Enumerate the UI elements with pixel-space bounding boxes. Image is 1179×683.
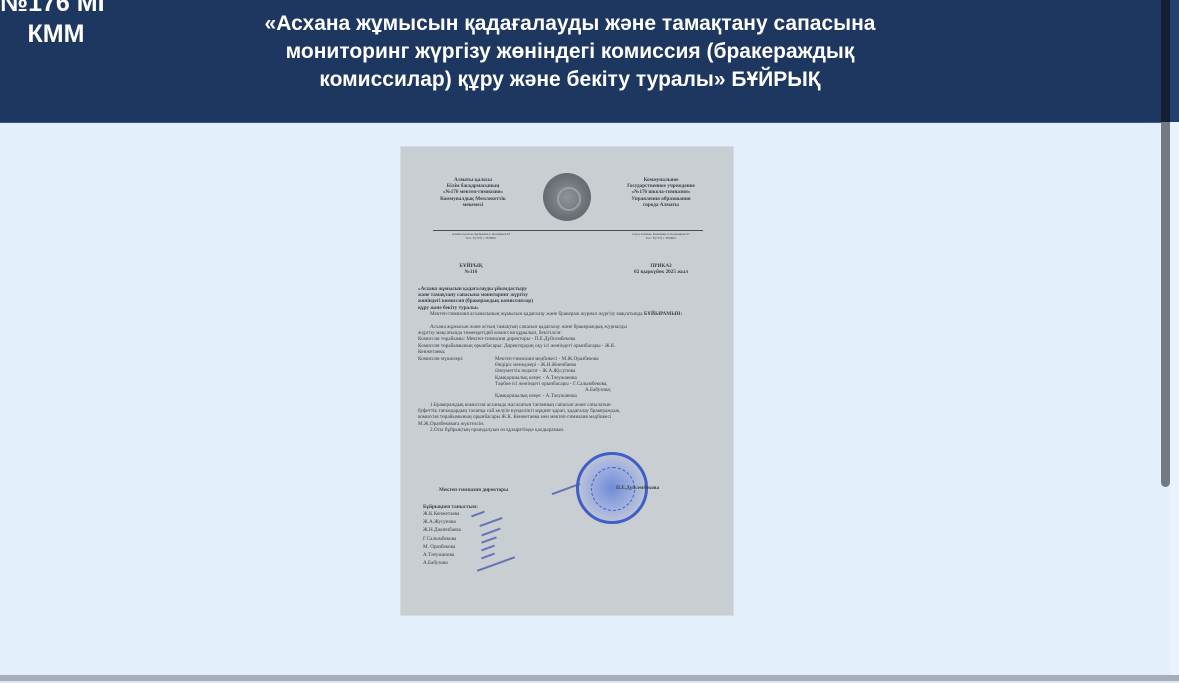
body-line: Кенжетаева; [418,349,728,355]
letterhead-divider [433,230,703,231]
order-number: №116 [441,269,501,275]
order-body: Асхана жұмысын және астың тамақтың сапас… [418,324,728,355]
address-line: Тел.: 8 (727) 1 3818601 [606,236,716,240]
left-org-block: Алматы қаласы Білім басқармасының «№176 … [423,177,523,208]
state-emblem-icon [543,173,591,221]
director-name: П.Е.Дүйсембекова [616,485,706,491]
intro-text: Мектеп-гимназия асханасының жұмысын қада… [430,311,643,317]
member-line: Қамқоршылық кеңес - А.Тлеужанова [495,393,725,399]
title-line-3: комиссилар) құру және бекіту туралы» БҰЙ… [190,66,950,94]
clause-line: 2.Осы бұйрықтың орындалуын өз құзыретімд… [418,427,728,433]
members-list: Мектеп-гимназия медбикесі - М.Ж.Оразбеко… [495,356,725,399]
order-clauses: 1.Бракераждық комиссия асханада жасалаты… [418,402,728,433]
order-heading-kz: БҰЙРЫҚ №116 [441,263,501,275]
subject-line: құру және бекіту туралы» [418,305,608,311]
order-heading-ru: ПРИКАЗ 02 қыркүйек 2025 жыл [606,263,716,275]
document-image: Алматы қаласы Білім басқармасының «№176 … [401,147,733,615]
decree-word: БҰЙЫРАМЫН: [644,311,682,317]
right-org-block: Коммунальное Государственное учреждение … [606,177,716,208]
title-line-2: мониторинг жүргізу жөніндегі комиссия (б… [190,38,950,66]
right-address: город Алматы, Калкаман-2, Калдаякова 67 … [606,232,716,240]
address-line: Тел.: 8 (727) 1 3818601 [431,236,531,240]
order-date: 02 қыркүйек 2025 жыл [606,269,716,275]
order-subject: «Асхана жұмысын қадағалауды ұйымдастыру … [418,286,608,311]
members-label: Комиссия мүшелері: [418,356,488,362]
left-address: Алматы қаласы, Қалқаман-2, Қалдаяқов 67 … [431,232,531,240]
scrollbar-thumb-header-overlay [1161,0,1170,122]
school-label-line1: №176 МГ [0,0,126,19]
school-label: №176 МГ КММ [0,0,126,50]
page-title: «Асхана жұмысын қадағалауды және тамақта… [190,10,950,94]
title-line-1: «Асхана жұмысын қадағалауды және тамақта… [190,10,950,38]
director-label: Мектеп-гимназия директоры [439,487,549,493]
right-org-line: города Алматы [606,202,716,208]
order-intro: Мектеп-гимназия асханасының жұмысын қада… [418,311,728,317]
page-header: №176 МГ КММ «Асхана жұмысын қадағалауды … [0,0,1170,123]
left-org-line: мекемесі [423,202,523,208]
acquainted-name: А.Бабузова [423,559,493,567]
scrollbar-track-top [1170,0,1179,122]
school-label-line2: КММ [0,19,126,50]
